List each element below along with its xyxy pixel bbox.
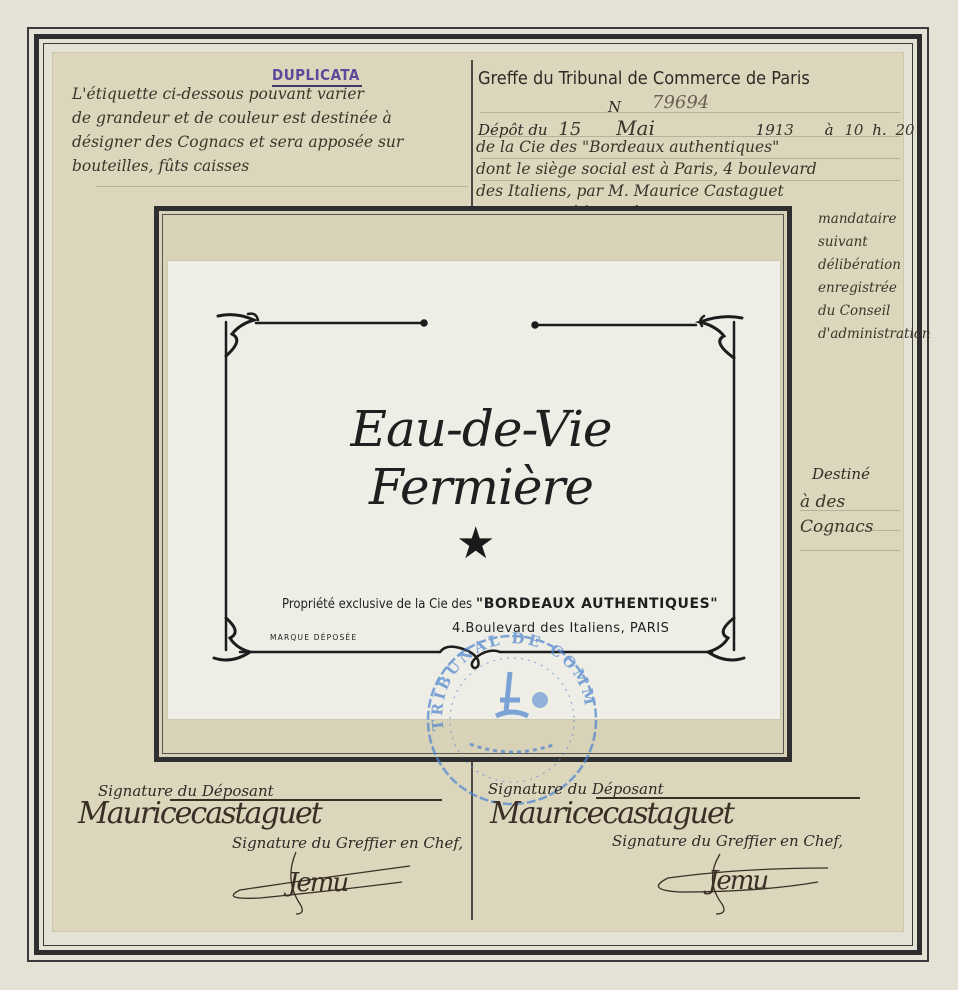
clerk-signature-flourish-right (0, 0, 958, 990)
